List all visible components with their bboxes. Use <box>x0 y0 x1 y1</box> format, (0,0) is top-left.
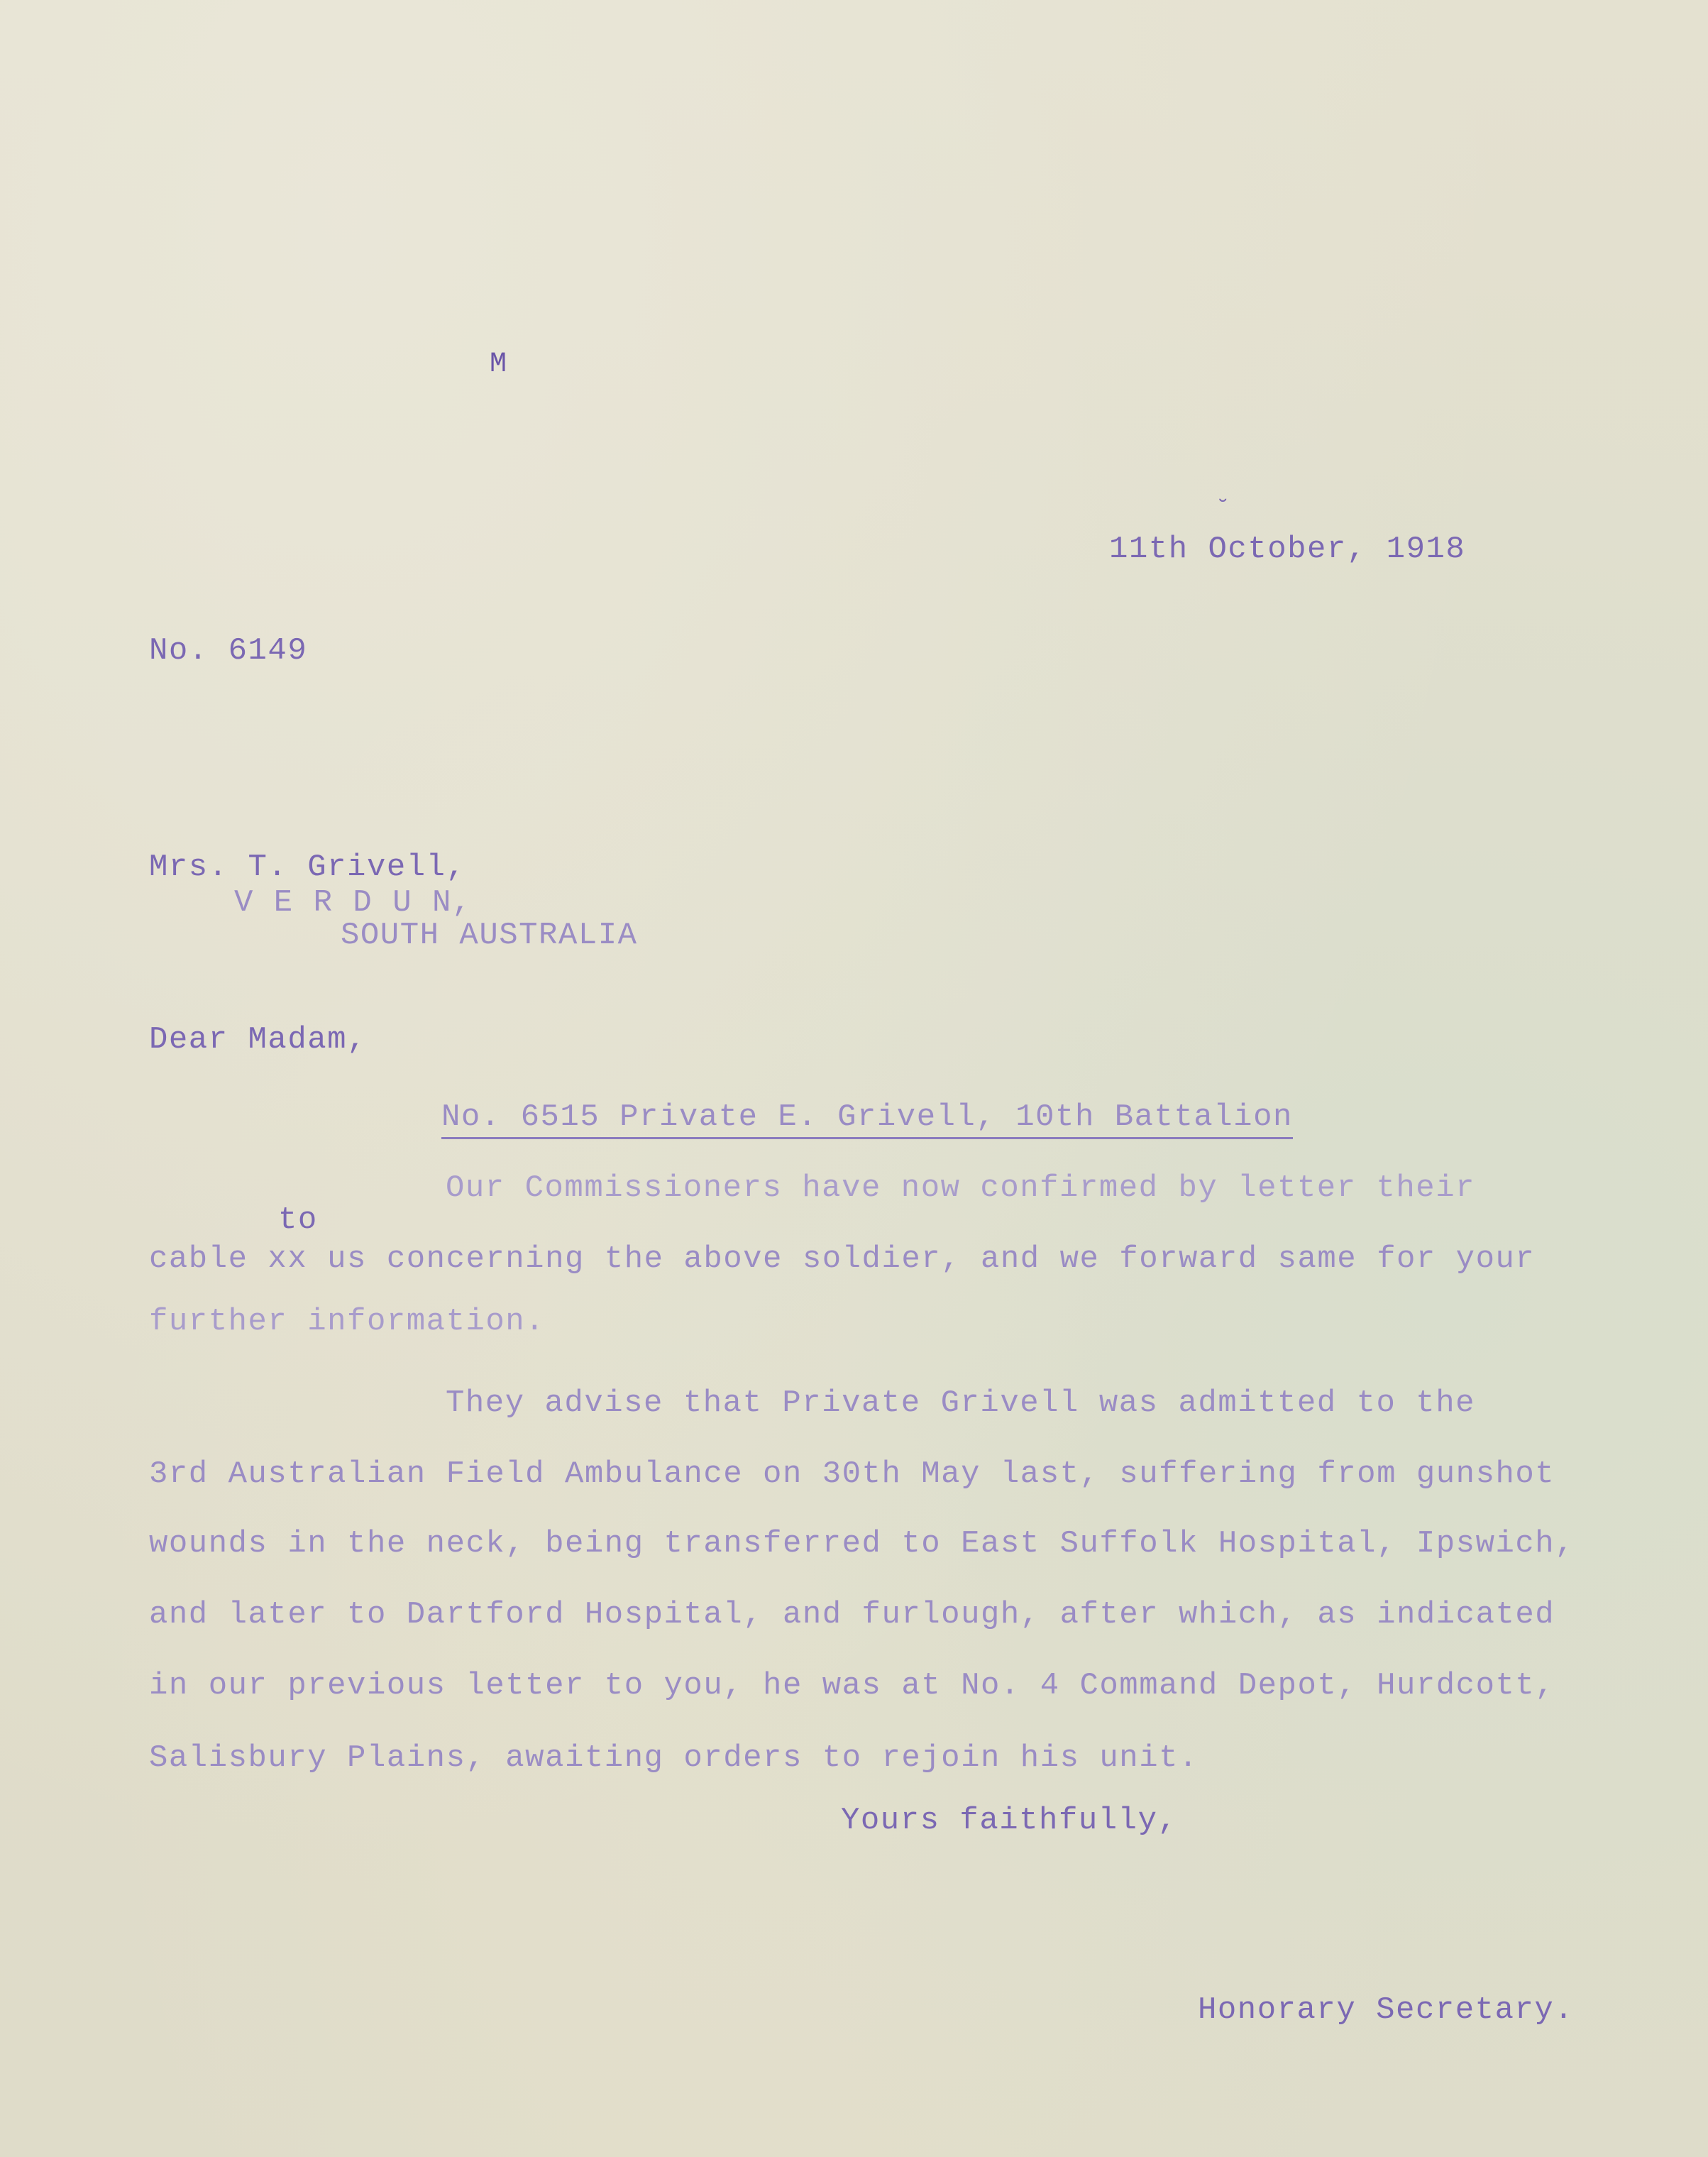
closing: Yours faithfully, <box>841 1805 1177 1836</box>
body-line: in our previous letter to you, he was at… <box>149 1670 1555 1701</box>
body-line: cable xx us concerning the above soldier… <box>149 1244 1535 1275</box>
body-line: 3rd Australian Field Ambulance on 30th M… <box>149 1459 1555 1490</box>
breve-mark: ˘ <box>1216 497 1230 524</box>
body-line: and later to Dartford Hospital, and furl… <box>149 1599 1555 1630</box>
subject-line: No. 6515 Private E. Grivell, 10th Battal… <box>441 1102 1293 1139</box>
letter-date: 11th October, 1918 <box>1109 534 1465 565</box>
salutation: Dear Madam, <box>149 1024 367 1055</box>
body-line: wounds in the neck, being transferred to… <box>149 1528 1575 1559</box>
body-line: They advise that Private Grivell was adm… <box>446 1388 1475 1419</box>
body-line: further information. <box>149 1306 545 1337</box>
recipient-town: V E R D U N, <box>234 887 472 918</box>
signature-title: Honorary Secretary. <box>1198 1994 1574 2026</box>
body-line: Salisbury Plains, awaiting orders to rej… <box>149 1742 1199 1774</box>
recipient-state: SOUTH AUSTRALIA <box>341 920 638 951</box>
handwritten-insertion: to <box>278 1204 318 1236</box>
body-line: Our Commissioners have now confirmed by … <box>446 1173 1475 1204</box>
initial-mark: M <box>490 351 508 379</box>
reference-number: No. 6149 <box>149 635 307 666</box>
recipient-name: Mrs. T. Grivell, <box>149 852 465 883</box>
